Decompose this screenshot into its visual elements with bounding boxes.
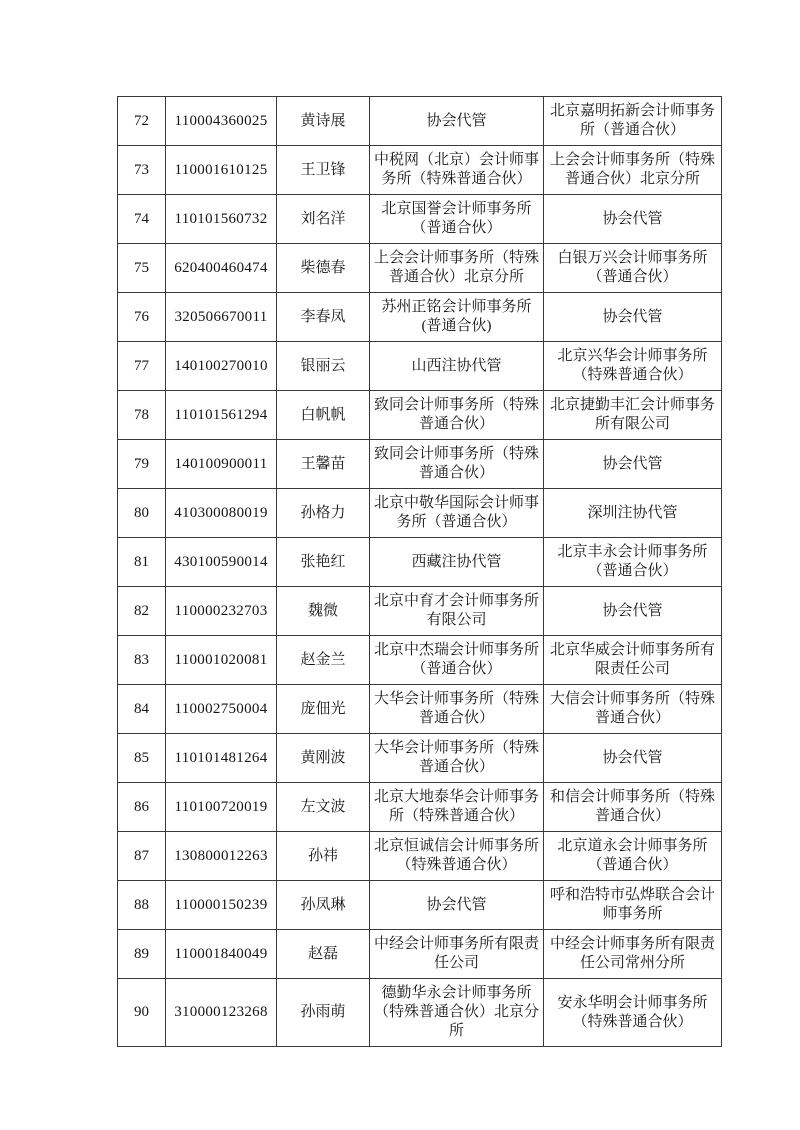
firm-column-a-cell: 山西注协代管 [370,342,544,391]
row-index-cell: 73 [118,146,166,195]
person-name-cell: 赵磊 [277,930,370,979]
firm-column-a-cell: 北京中杰瑞会计师事务所（普通合伙） [370,636,544,685]
firm-column-b-cell: 北京丰永会计师事务所（普通合伙） [544,538,722,587]
table-row: 79 140100900011 王馨苗 致同会计师事务所（特殊普通合伙） 协会代… [118,440,722,489]
license-number-cell: 130800012263 [166,832,277,881]
firm-column-b-cell: 呼和浩特市弘烨联合会计师事务所 [544,881,722,930]
license-number-cell: 110000150239 [166,881,277,930]
row-index-cell: 85 [118,734,166,783]
document-page: 72 110004360025 黄诗展 协会代管 北京嘉明拓新会计师事务所（普通… [0,0,800,1130]
firm-column-b-cell: 安永华明会计师事务所（特殊普通合伙） [544,979,722,1047]
firm-column-a-cell: 北京国誉会计师事务所（普通合伙） [370,195,544,244]
person-name-cell: 庞佃光 [277,685,370,734]
person-name-cell: 王卫锋 [277,146,370,195]
person-name-cell: 李春凤 [277,293,370,342]
table-row: 85 110101481264 黄刚波 大华会计师事务所（特殊普通合伙） 协会代… [118,734,722,783]
license-number-cell: 410300080019 [166,489,277,538]
table-row: 83 110001020081 赵金兰 北京中杰瑞会计师事务所（普通合伙） 北京… [118,636,722,685]
table-row: 82 110000232703 魏微 北京中育才会计师事务所有限公司 协会代管 [118,587,722,636]
table-row: 73 110001610125 王卫锋 中税网（北京）会计师事务所（特殊普通合伙… [118,146,722,195]
row-index-cell: 89 [118,930,166,979]
row-index-cell: 88 [118,881,166,930]
table-row: 74 110101560732 刘名洋 北京国誉会计师事务所（普通合伙） 协会代… [118,195,722,244]
row-index-cell: 81 [118,538,166,587]
row-index-cell: 75 [118,244,166,293]
license-number-cell: 310000123268 [166,979,277,1047]
table-row: 86 110100720019 左文波 北京大地泰华会计师事务所（特殊普通合伙）… [118,783,722,832]
firm-column-b-cell: 和信会计师事务所（特殊普通合伙） [544,783,722,832]
row-index-cell: 82 [118,587,166,636]
firm-column-b-cell: 协会代管 [544,734,722,783]
person-name-cell: 孙祎 [277,832,370,881]
firm-column-a-cell: 中税网（北京）会计师事务所（特殊普通合伙） [370,146,544,195]
accountant-roster-table: 72 110004360025 黄诗展 协会代管 北京嘉明拓新会计师事务所（普通… [117,96,722,1047]
license-number-cell: 110000232703 [166,587,277,636]
row-index-cell: 74 [118,195,166,244]
person-name-cell: 孙雨萌 [277,979,370,1047]
firm-column-a-cell: 北京中敬华国际会计师事务所（普通合伙） [370,489,544,538]
firm-column-b-cell: 中经会计师事务所有限责任公司常州分所 [544,930,722,979]
license-number-cell: 110100720019 [166,783,277,832]
row-index-cell: 80 [118,489,166,538]
firm-column-b-cell: 深圳注协代管 [544,489,722,538]
firm-column-b-cell: 北京道永会计师事务所（普通合伙） [544,832,722,881]
license-number-cell: 140100270010 [166,342,277,391]
license-number-cell: 110101481264 [166,734,277,783]
firm-column-b-cell: 北京华威会计师事务所有限责任公司 [544,636,722,685]
table-row: 77 140100270010 银丽云 山西注协代管 北京兴华会计师事务所（特殊… [118,342,722,391]
row-index-cell: 90 [118,979,166,1047]
firm-column-b-cell: 北京嘉明拓新会计师事务所（普通合伙） [544,97,722,146]
table-row: 84 110002750004 庞佃光 大华会计师事务所（特殊普通合伙） 大信会… [118,685,722,734]
row-index-cell: 83 [118,636,166,685]
person-name-cell: 张艳红 [277,538,370,587]
person-name-cell: 黄刚波 [277,734,370,783]
table-row: 75 620400460474 柴德春 上会会计师事务所（特殊普通合伙）北京分所… [118,244,722,293]
firm-column-b-cell: 大信会计师事务所（特殊普通合伙） [544,685,722,734]
firm-column-a-cell: 德勤华永会计师事务所（特殊普通合伙）北京分所 [370,979,544,1047]
person-name-cell: 赵金兰 [277,636,370,685]
table-row: 89 110001840049 赵磊 中经会计师事务所有限责任公司 中经会计师事… [118,930,722,979]
license-number-cell: 110001020081 [166,636,277,685]
firm-column-a-cell: 大华会计师事务所（特殊普通合伙） [370,734,544,783]
firm-column-a-cell: 致同会计师事务所（特殊普通合伙） [370,391,544,440]
license-number-cell: 110101560732 [166,195,277,244]
firm-column-a-cell: 协会代管 [370,97,544,146]
table-row: 90 310000123268 孙雨萌 德勤华永会计师事务所（特殊普通合伙）北京… [118,979,722,1047]
row-index-cell: 87 [118,832,166,881]
person-name-cell: 银丽云 [277,342,370,391]
row-index-cell: 86 [118,783,166,832]
table-row: 76 320506670011 李春凤 苏州正铭会计师事务所(普通合伙) 协会代… [118,293,722,342]
table-row: 81 430100590014 张艳红 西藏注协代管 北京丰永会计师事务所（普通… [118,538,722,587]
firm-column-b-cell: 协会代管 [544,587,722,636]
license-number-cell: 110001840049 [166,930,277,979]
firm-column-a-cell: 北京中育才会计师事务所有限公司 [370,587,544,636]
person-name-cell: 白帆帆 [277,391,370,440]
firm-column-b-cell: 协会代管 [544,195,722,244]
firm-column-b-cell: 北京兴华会计师事务所（特殊普通合伙） [544,342,722,391]
table-row: 72 110004360025 黄诗展 协会代管 北京嘉明拓新会计师事务所（普通… [118,97,722,146]
license-number-cell: 620400460474 [166,244,277,293]
table-row: 88 110000150239 孙凤琳 协会代管 呼和浩特市弘烨联合会计师事务所 [118,881,722,930]
license-number-cell: 320506670011 [166,293,277,342]
firm-column-a-cell: 北京恒诚信会计师事务所（特殊普通合伙） [370,832,544,881]
person-name-cell: 柴德春 [277,244,370,293]
firm-column-b-cell: 北京捷勤丰汇会计师事务所有限公司 [544,391,722,440]
person-name-cell: 王馨苗 [277,440,370,489]
license-number-cell: 110001610125 [166,146,277,195]
firm-column-a-cell: 致同会计师事务所（特殊普通合伙） [370,440,544,489]
firm-column-a-cell: 北京大地泰华会计师事务所（特殊普通合伙） [370,783,544,832]
license-number-cell: 430100590014 [166,538,277,587]
person-name-cell: 黄诗展 [277,97,370,146]
firm-column-a-cell: 上会会计师事务所（特殊普通合伙）北京分所 [370,244,544,293]
license-number-cell: 110004360025 [166,97,277,146]
table-row: 80 410300080019 孙格力 北京中敬华国际会计师事务所（普通合伙） … [118,489,722,538]
row-index-cell: 72 [118,97,166,146]
firm-column-a-cell: 大华会计师事务所（特殊普通合伙） [370,685,544,734]
firm-column-a-cell: 中经会计师事务所有限责任公司 [370,930,544,979]
firm-column-a-cell: 协会代管 [370,881,544,930]
person-name-cell: 左文波 [277,783,370,832]
license-number-cell: 110101561294 [166,391,277,440]
row-index-cell: 84 [118,685,166,734]
firm-column-a-cell: 苏州正铭会计师事务所(普通合伙) [370,293,544,342]
license-number-cell: 110002750004 [166,685,277,734]
row-index-cell: 78 [118,391,166,440]
table-row: 78 110101561294 白帆帆 致同会计师事务所（特殊普通合伙） 北京捷… [118,391,722,440]
person-name-cell: 魏微 [277,587,370,636]
firm-column-b-cell: 协会代管 [544,440,722,489]
person-name-cell: 孙凤琳 [277,881,370,930]
row-index-cell: 77 [118,342,166,391]
license-number-cell: 140100900011 [166,440,277,489]
person-name-cell: 孙格力 [277,489,370,538]
firm-column-b-cell: 协会代管 [544,293,722,342]
row-index-cell: 76 [118,293,166,342]
firm-column-a-cell: 西藏注协代管 [370,538,544,587]
person-name-cell: 刘名洋 [277,195,370,244]
firm-column-b-cell: 上会会计师事务所（特殊普通合伙）北京分所 [544,146,722,195]
table-row: 87 130800012263 孙祎 北京恒诚信会计师事务所（特殊普通合伙） 北… [118,832,722,881]
firm-column-b-cell: 白银万兴会计师事务所（普通合伙） [544,244,722,293]
row-index-cell: 79 [118,440,166,489]
